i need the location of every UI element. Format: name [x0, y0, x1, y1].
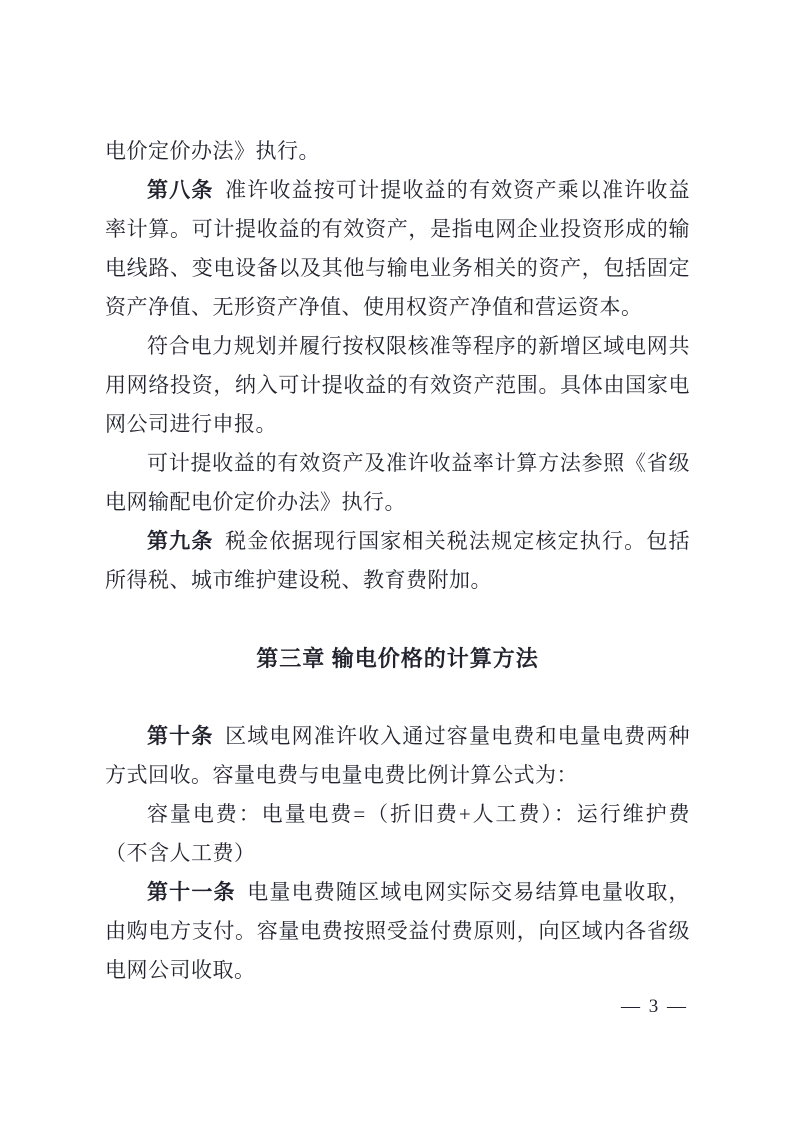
page-number: — 3 — [621, 996, 688, 1017]
paragraph-rate-method: 可计提收益的有效资产及准许收益率计算方法参照《省级电网输配电价定价办法》执行。 [105, 444, 690, 522]
paragraph-new-investment: 符合电力规划并履行按权限核准等程序的新增区域电网共用网络投资，纳入可计提收益的有… [105, 327, 690, 444]
paragraph-fee-formula: 容量电费：电量电费=（折旧费+人工费）：运行维护费（不含人工费） [105, 795, 690, 873]
document-page: 电价定价办法》执行。 第八条准许收益按可计提收益的有效资产乘以准许收益率计算。可… [0, 0, 794, 1123]
article-9-paragraph: 第九条税金依据现行国家相关税法规定核定执行。包括所得税、城市维护建设税、教育费附… [105, 522, 690, 600]
document-body: 电价定价办法》执行。 第八条准许收益按可计提收益的有效资产乘以准许收益率计算。可… [105, 132, 690, 990]
article-8-label: 第八条 [147, 178, 214, 202]
paragraph-continuation: 电价定价办法》执行。 [105, 132, 690, 171]
article-11-label: 第十一条 [147, 880, 236, 904]
article-10-label: 第十条 [147, 724, 214, 748]
article-10-paragraph: 第十条区域电网准许收入通过容量电费和电量电费两种方式回收。容量电费与电量电费比例… [105, 717, 690, 795]
page-footer: — 3 — [621, 996, 688, 1018]
chapter-3-heading: 第三章 输电价格的计算方法 [105, 639, 690, 678]
article-11-paragraph: 第十一条电量电费随区域电网实际交易结算电量收取，由购电方支付。容量电费按照受益付… [105, 873, 690, 990]
article-8-paragraph: 第八条准许收益按可计提收益的有效资产乘以准许收益率计算。可计提收益的有效资产，是… [105, 171, 690, 327]
article-9-label: 第九条 [147, 529, 214, 553]
